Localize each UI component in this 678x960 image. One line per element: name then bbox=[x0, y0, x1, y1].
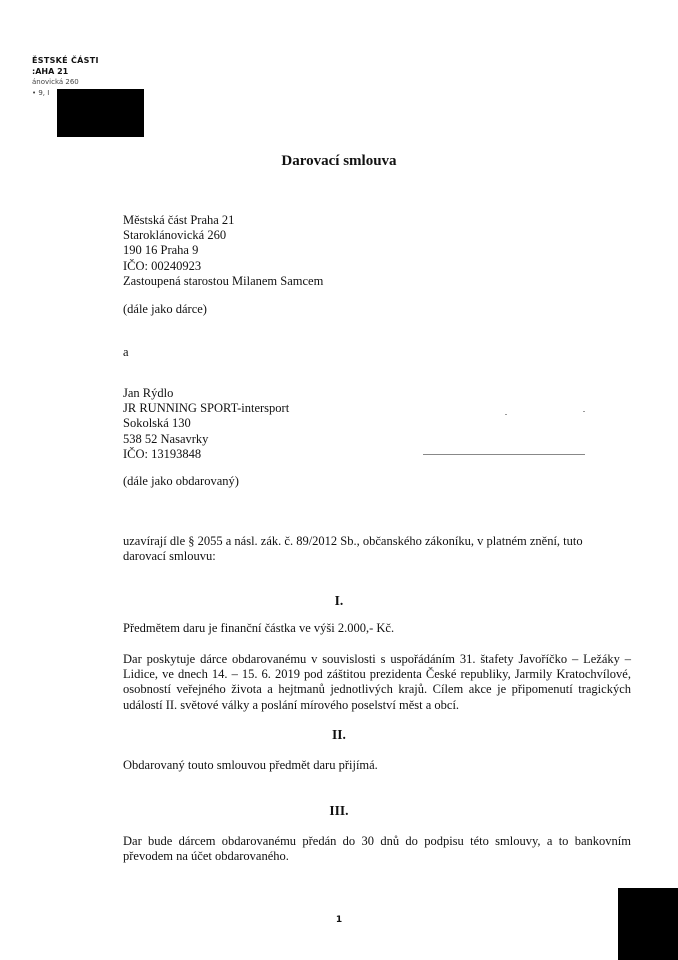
donor-ico: IČO: 00240923 bbox=[123, 259, 323, 274]
section-1-paragraph-1: Předmětem daru je finanční částka ve výš… bbox=[123, 621, 631, 636]
section-heading-3: III. bbox=[0, 803, 678, 819]
scan-artifact bbox=[505, 414, 507, 415]
donor-name: Městská část Praha 21 bbox=[123, 213, 323, 228]
recipient-address: Jan Rýdlo JR RUNNING SPORT-intersport So… bbox=[123, 386, 289, 462]
recipient-company: JR RUNNING SPORT-intersport bbox=[123, 401, 289, 416]
stamp-line-1: ĚSTSKÉ ČÁSTI bbox=[32, 55, 99, 66]
preamble: uzavírají dle § 2055 a násl. zák. č. 89/… bbox=[123, 534, 603, 564]
page-number: 1 bbox=[0, 915, 678, 925]
donor-street: Staroklánovická 260 bbox=[123, 228, 323, 243]
section-heading-2: II. bbox=[0, 727, 678, 743]
redaction-box-bottom bbox=[618, 888, 678, 960]
stamp-line-3: ánovická 260 bbox=[32, 77, 99, 88]
signature-line bbox=[423, 454, 585, 455]
scan-artifact bbox=[583, 411, 585, 412]
section-3-paragraph-1: Dar bude dárcem obdarovanému předán do 3… bbox=[123, 834, 631, 864]
donor-address: Městská část Praha 21 Staroklánovická 26… bbox=[123, 213, 323, 289]
section-2-paragraph-1: Obdarovaný touto smlouvou předmět daru p… bbox=[123, 758, 631, 773]
stamp-line-2: :AHA 21 bbox=[32, 66, 99, 77]
donor-role: (dále jako dárce) bbox=[123, 302, 207, 317]
recipient-name: Jan Rýdlo bbox=[123, 386, 289, 401]
recipient-ico: IČO: 13193848 bbox=[123, 447, 289, 462]
redaction-box-top bbox=[57, 89, 144, 137]
recipient-role: (dále jako obdarovaný) bbox=[123, 474, 239, 489]
conjunction: a bbox=[123, 345, 129, 360]
document-title: Darovací smlouva bbox=[0, 153, 678, 170]
section-1-paragraph-2: Dar poskytuje dárce obdarovanému v souvi… bbox=[123, 652, 631, 713]
section-heading-1: I. bbox=[0, 593, 678, 609]
recipient-city: 538 52 Nasavrky bbox=[123, 432, 289, 447]
donor-representative: Zastoupená starostou Milanem Samcem bbox=[123, 274, 323, 289]
donor-city: 190 16 Praha 9 bbox=[123, 243, 323, 258]
recipient-street: Sokolská 130 bbox=[123, 416, 289, 431]
